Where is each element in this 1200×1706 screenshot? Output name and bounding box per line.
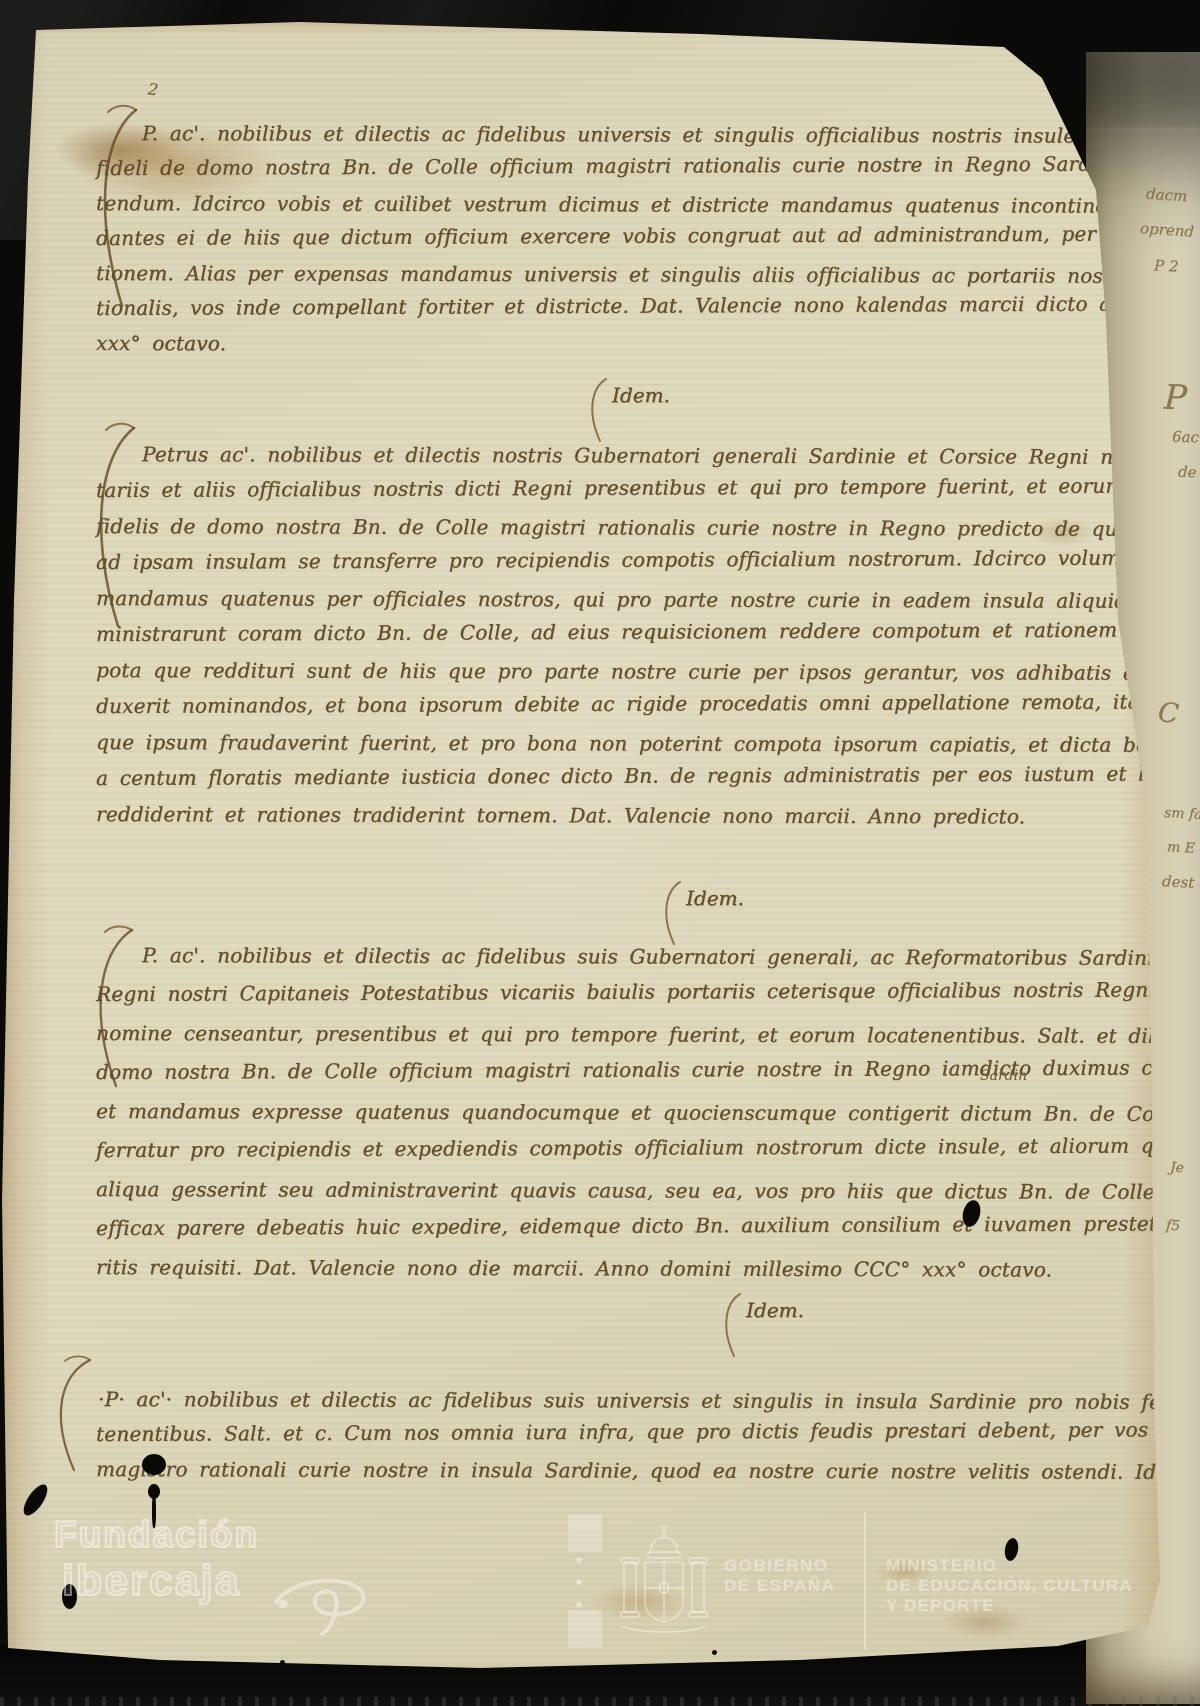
manuscript-line: domo nostra Bn. de Colle officium magist… [96,1049,1116,1092]
idem-label: Idem. [686,886,744,910]
manuscript-line: xxx° octavo. [96,326,1116,364]
manuscript-line: tenentibus. Salt. et c. Cum nos omnia iu… [96,1413,1116,1452]
manuscript-line: ad ipsam insulam se transferre pro recip… [96,540,1116,580]
manuscript-line: duxerit nominandos, et bona ipsorum debi… [96,684,1116,724]
manuscript-paragraph-2: Petrus ac'. nobilibus et dilectis nostri… [96,436,1116,832]
manuscript-line: ritis requisiti. Dat. Valencie nono die … [96,1248,1116,1290]
manuscript-line: ferratur pro recipiendis et expediendis … [96,1127,1116,1170]
film-edge-strip [0,1697,1200,1706]
ink-speck [712,1650,717,1655]
manuscript-paragraph-4: ·P· ac'· nobilibus et dilectis ac fideli… [96,1382,1116,1487]
ink-blot [19,1481,52,1519]
manuscript-line: magistro rationali curie nostre in insul… [96,1452,1116,1490]
idem-label: Idem. [746,1298,804,1322]
manuscript-line: tariis et aliis officialibus nostris dic… [96,468,1116,508]
manuscript-line: fideli de domo nostra Bn. de Colle offic… [96,147,1116,186]
idem-separator-2: Idem. [686,886,744,910]
manuscript-paragraph-1: P. ac'. nobilibus et dilectis ac fidelib… [96,116,1116,361]
paraph-mark-icon [50,1354,92,1474]
ink-blot [152,1494,156,1528]
photograph-stage: dacmoprendP 2P6acdeCsm fam EdestJef5 2 P… [0,0,1200,1706]
idem-separator-1: Idem. [612,383,670,407]
manuscript-line: dantes ei de hiis que dictum officium ex… [96,217,1116,256]
idem-flourish-icon [586,375,608,445]
interlinear-note: Sardin [980,1068,1027,1084]
manuscript-line: a centum floratis mediante iusticia done… [96,756,1116,796]
idem-flourish-icon [720,1290,742,1360]
idem-label: Idem. [612,383,670,407]
manuscript-line: tionalis, vos inde compellant fortiter e… [96,287,1116,326]
manuscript-line: reddiderint et rationes tradiderint torn… [96,796,1116,835]
ink-blot [62,1584,77,1609]
manuscript-paragraph-3: P. ac'. nobilibus et dilectis ac fidelib… [96,936,1116,1287]
manuscript-line: ministrarunt coram dicto Bn. de Colle, a… [96,612,1116,652]
ink-blot [142,1454,166,1475]
manuscript-page: 2 P. ac'. nobilibus et dilectis ac fidel… [0,0,1200,1706]
ink-blot [1003,1537,1020,1562]
marginal-mark: 2 [147,79,160,99]
idem-separator-3: Idem. [746,1298,804,1322]
manuscript-line: Regni nostri Capitaneis Potestatibus vic… [96,971,1116,1014]
